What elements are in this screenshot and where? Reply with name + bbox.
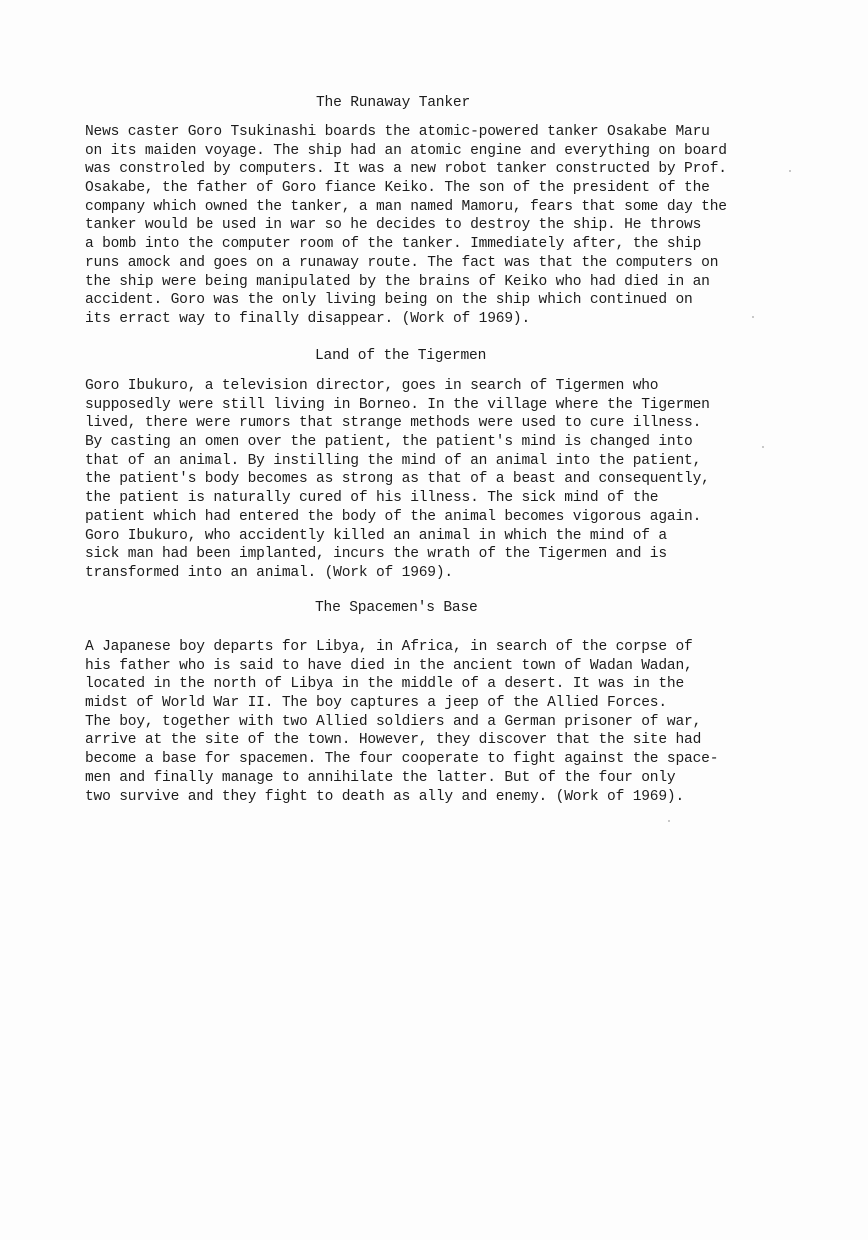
text-line: its erract way to finally disappear. (Wo… [85,310,785,329]
text-line: become a base for spacemen. The four coo… [85,750,785,769]
text-line: arrive at the site of the town. However,… [85,731,785,750]
document-page: The Runaway Tanker News caster Goro Tsuk… [0,0,868,1240]
section-runaway-tanker: The Runaway Tanker News caster Goro Tsuk… [85,94,785,329]
section-title: The Runaway Tanker [316,94,785,113]
section-spacemens-base: The Spacemen's Base A Japanese boy depar… [85,599,785,806]
text-line: two survive and they fight to death as a… [85,788,785,807]
text-line: Osakabe, the father of Goro fiance Keiko… [85,179,785,198]
text-line: was constroled by computers. It was a ne… [85,160,785,179]
section-body: News caster Goro Tsukinashi boards the a… [85,123,785,329]
section-land-of-the-tigermen: Land of the Tigermen Goro Ibukuro, a tel… [85,347,785,583]
scan-speck [789,170,791,172]
text-line: midst of World War II. The boy captures … [85,694,785,713]
section-body: A Japanese boy departs for Libya, in Afr… [85,638,785,806]
section-title: Land of the Tigermen [315,347,785,366]
text-line: a bomb into the computer room of the tan… [85,235,785,254]
section-body: Goro Ibukuro, a television director, goe… [85,377,785,583]
text-line: patient which had entered the body of th… [85,508,785,527]
text-line: transformed into an animal. (Work of 196… [85,564,785,583]
text-line: company which owned the tanker, a man na… [85,198,785,217]
text-line: Goro Ibukuro, a television director, goe… [85,377,785,396]
text-line: Goro Ibukuro, who accidently killed an a… [85,527,785,546]
text-line: the patient's body becomes as strong as … [85,470,785,489]
text-line: sick man had been implanted, incurs the … [85,545,785,564]
text-line: lived, there were rumors that strange me… [85,414,785,433]
text-line: The boy, together with two Allied soldie… [85,713,785,732]
text-line: supposedly were still living in Borneo. … [85,396,785,415]
text-line: tanker would be used in war so he decide… [85,216,785,235]
section-title: The Spacemen's Base [315,599,785,618]
text-line: that of an animal. By instilling the min… [85,452,785,471]
text-line: on its maiden voyage. The ship had an at… [85,142,785,161]
scan-speck [752,316,754,318]
text-line: located in the north of Libya in the mid… [85,675,785,694]
text-line: the ship were being manipulated by the b… [85,273,785,292]
text-line: men and finally manage to annihilate the… [85,769,785,788]
scan-speck [762,446,764,448]
text-line: News caster Goro Tsukinashi boards the a… [85,123,785,142]
text-line: runs amock and goes on a runaway route. … [85,254,785,273]
text-line: his father who is said to have died in t… [85,657,785,676]
text-line: accident. Goro was the only living being… [85,291,785,310]
text-line: the patient is naturally cured of his il… [85,489,785,508]
scan-speck [668,820,670,822]
text-line: A Japanese boy departs for Libya, in Afr… [85,638,785,657]
text-line: By casting an omen over the patient, the… [85,433,785,452]
